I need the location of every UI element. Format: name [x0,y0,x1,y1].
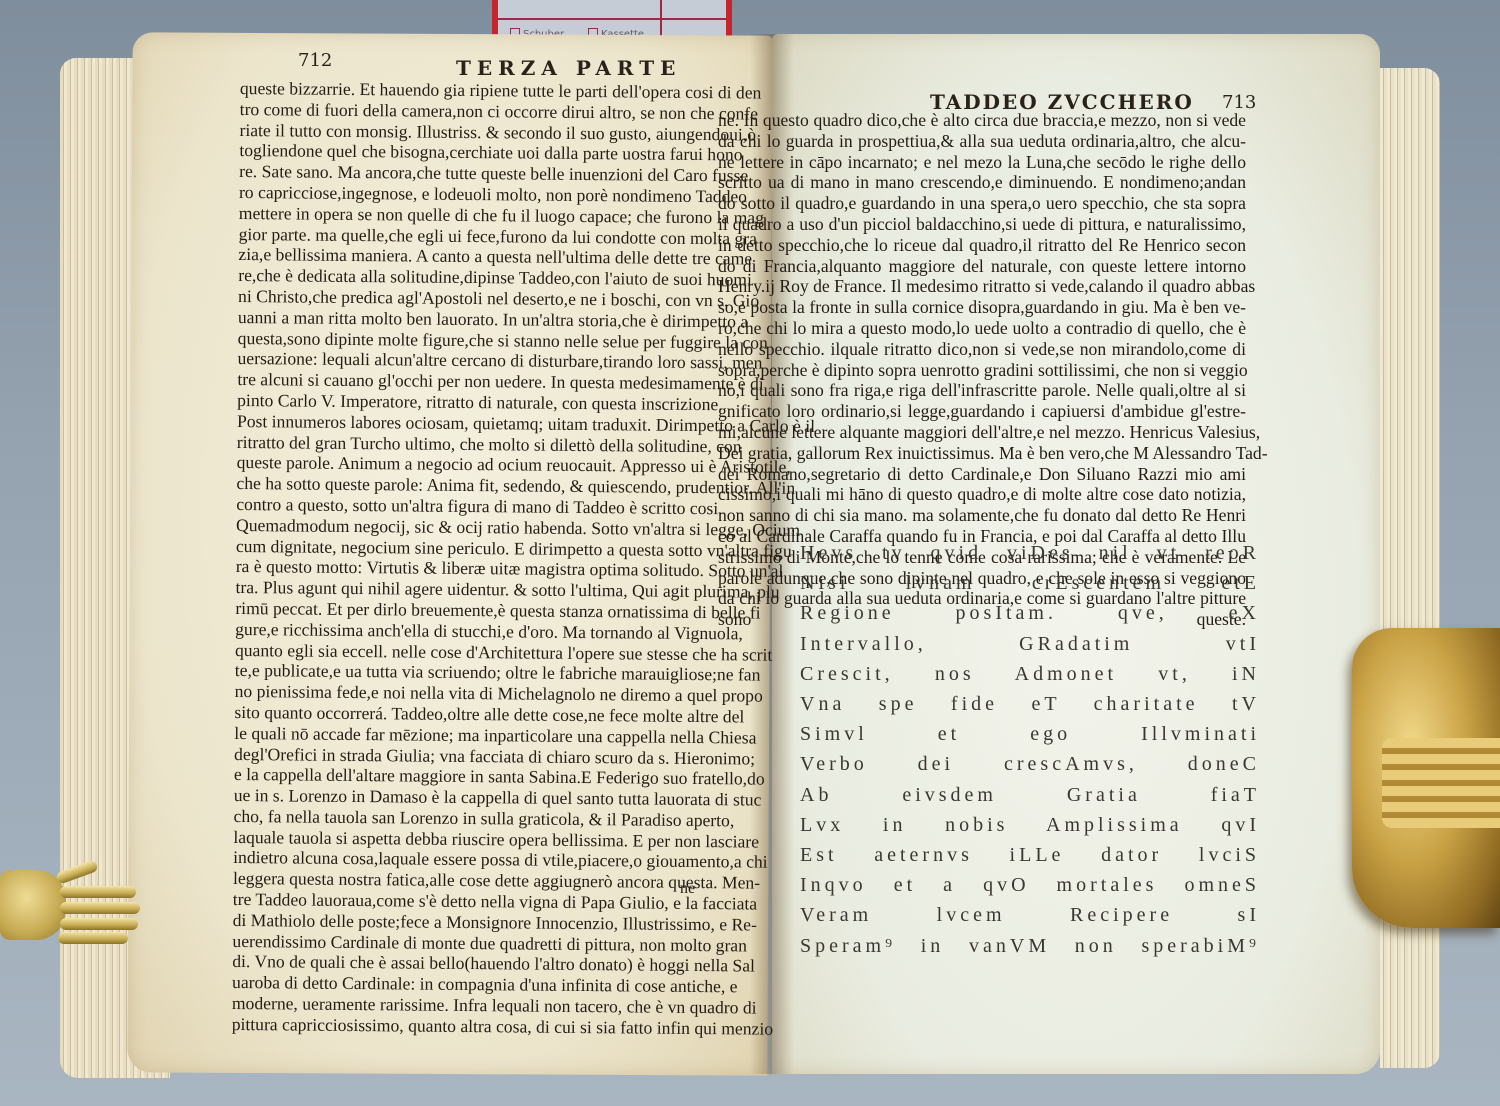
text-line: il quadro a uso d'un picciol baldacchino… [718,214,1246,235]
text-line: so,e posta la fronte in sulla cornice di… [718,297,1246,318]
text-line: no,i quali sono fra riga,e riga dell'inf… [718,380,1246,401]
inscription-line: Ab eivsdem Gratia fiaT [800,780,1260,810]
brass-hand-weight-right [1352,628,1500,928]
text-line: dei Romano,segretario di detto Cardinale… [718,464,1246,485]
inscription-line: Lvx in nobis Amplissima qvI [800,810,1260,840]
inscription-line: Veram lvcem Recipere sI [800,900,1260,930]
weight-thumb [55,859,99,885]
text-line: do di Francia,alquanto maggiore del natu… [718,256,1246,277]
text-line: in detto specchio,che lo riceue dal quad… [718,235,1246,256]
text-line: Henry.ij Roy de France. Il medesimo ritr… [718,276,1246,297]
weight-finger [60,918,138,930]
catchword: ne [680,880,695,898]
text-line: ne. In questo quadro dico,che è alto cir… [718,110,1246,131]
weight-finger [58,932,128,944]
text-line: cissimo,i quali mi hāno di questo quadro… [718,484,1246,505]
weight-finger [60,886,136,898]
weight-finger [60,902,140,914]
text-line: ne lettere in cāpo incarnato; e nel mezo… [718,152,1246,173]
inscription-line: Nisi lvnam crEscentem etE [800,568,1260,598]
left-folio: 712 [298,50,332,71]
inscription-line: Verbo dei crescAmvs, doneC [800,749,1260,779]
left-page-text: queste bizzarrie. Et hauendo gia ripiene… [232,78,706,1039]
inscription-line: Regione posItam. qve, eX [800,598,1260,628]
text-line: nello specchio. ilquale ritratto dico,no… [718,339,1246,360]
inscription-line: Intervallo, GRadatim vtI [800,629,1260,659]
acrostic-inscription: Hevs tv qvid viDes nil vt reoRNisi lvnam… [800,538,1260,961]
left-running-head: TERZA PARTE [456,56,681,80]
text-line: Dei gratia, gallorum Rex inuictissimus. … [718,443,1246,464]
inscription-line: Est aeternvs iLLe dator lvciS [800,840,1260,870]
text-line: non sanno di chi sia mano. ma solamente,… [718,505,1246,526]
inscription-line: Vna spe fide eT charitate tV [800,689,1260,719]
inscription-line: Speram⁹ in vanVM non sperabiM⁹ [800,931,1260,961]
text-line: do sotto il quadro,e guardando in una sp… [718,193,1246,214]
text-line: scritto ua di mano in mano crescendo,e d… [718,172,1246,193]
weight-palm [0,870,66,940]
brass-hand-weight-left [0,852,140,942]
text-line: sopra,perche è dipinto sopra uenrotto gr… [718,360,1246,381]
text-line: gnificato loro ordinario,si legge,guarda… [718,401,1246,422]
inscription-line: Simvl et ego Illvminati [800,719,1260,749]
inscription-line: Crescit, nos Admonet vt, iN [800,659,1260,689]
text-line: mi,alcune lettere alquante maggiori dell… [718,422,1246,443]
label-rule [498,18,726,20]
text-line: da chi lo guarda in prospettiua,& alla s… [718,131,1246,152]
text-line: pittura capricciosissimo, quanto altra c… [232,1014,698,1039]
inscription-line: Hevs tv qvid viDes nil vt reoR [800,538,1260,568]
text-line: ro,che chi lo mira a questo modo,lo uede… [718,318,1246,339]
inscription-line: Inqvo et a qvO mortales omneS [800,870,1260,900]
